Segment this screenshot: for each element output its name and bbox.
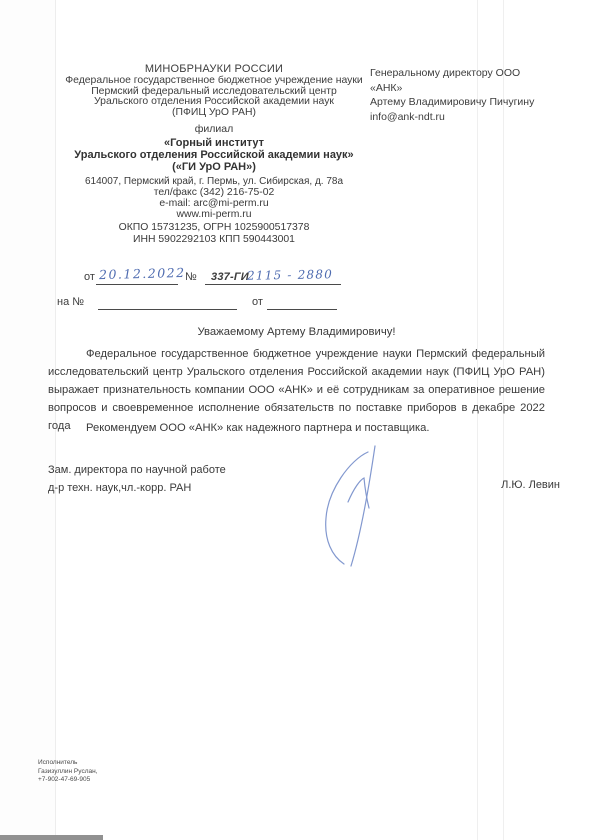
- letterhead: МИНОБРНАУКИ РОССИИ Федеральное государст…: [38, 63, 390, 245]
- salutation: Уважаемому Артему Владимировичу!: [48, 326, 545, 338]
- signer-name: Л.Ю. Левин: [480, 479, 560, 491]
- signer-title: Зам. директора по научной работе д-р тех…: [48, 462, 308, 497]
- ministry-name: МИНОБРНАУКИ РОССИИ: [38, 63, 390, 75]
- inn-kpp-line: ИНН 5902292103 КПП 590443001: [38, 234, 390, 245]
- recipient-block: Генеральному директору ООО «АНК» Артему …: [370, 66, 555, 124]
- reply-number-underline: [98, 309, 237, 310]
- address-line: 614007, Пермский край, г. Пермь, ул. Сиб…: [38, 176, 390, 187]
- org-line: Федеральное государственное бюджетное уч…: [38, 76, 390, 87]
- reply-number-label: на №: [57, 296, 84, 308]
- email-line: e-mail: arc@mi-perm.ru: [38, 198, 390, 209]
- body-paragraph-2: Рекомендуем ООО «АНК» как надежного парт…: [48, 419, 545, 437]
- ref-from-label: от: [84, 271, 95, 283]
- org-abbrev: (ПФИЦ УрО РАН): [38, 108, 390, 119]
- recipient-name: Артему Владимировичу Пичугину: [370, 95, 555, 110]
- signer-title-line-1: Зам. директора по научной работе: [48, 462, 308, 480]
- executor-label: Исполнитель: [38, 759, 98, 768]
- ref-date-handwritten: 20.12.2022: [99, 265, 186, 282]
- reply-date-underline: [267, 309, 337, 310]
- handwritten-signature: [318, 438, 398, 573]
- scanner-bed-strip: [0, 835, 103, 840]
- okpo-ogrn-line: ОКПО 15731235, ОГРН 1025900517378: [38, 222, 390, 233]
- executor-name: Газизуллин Руслан,: [38, 768, 98, 777]
- ref-number-label: №: [185, 271, 197, 283]
- executor-phone: +7-902-47-69-905: [38, 776, 98, 785]
- executor-block: Исполнитель Газизуллин Руслан, +7-902-47…: [38, 759, 98, 785]
- branch-label: филиал: [38, 123, 390, 135]
- phone-line: тел/факс (342) 216-75-02: [38, 187, 390, 198]
- reply-from-label: от: [252, 296, 263, 308]
- ref-number-underline: [205, 284, 341, 285]
- ref-number-typed: 337-ГИ: [211, 271, 249, 283]
- website-line: www.mi-perm.ru: [38, 209, 390, 220]
- branch-abbrev: («ГИ УрО РАН»): [38, 162, 390, 174]
- signature-stroke: [326, 452, 368, 564]
- ref-number-handwritten: 2115 - 2880: [247, 267, 333, 282]
- signer-title-line-2: д-р техн. наук,чл.-корр. РАН: [48, 480, 308, 498]
- ref-date-underline: [96, 284, 178, 285]
- branch-name-line: Уральского отделения Российской академии…: [38, 150, 390, 162]
- recipient-title: Генеральному директору ООО «АНК»: [370, 66, 555, 95]
- signature-stroke: [351, 446, 375, 566]
- recipient-email: info@ank-ndt.ru: [370, 110, 555, 125]
